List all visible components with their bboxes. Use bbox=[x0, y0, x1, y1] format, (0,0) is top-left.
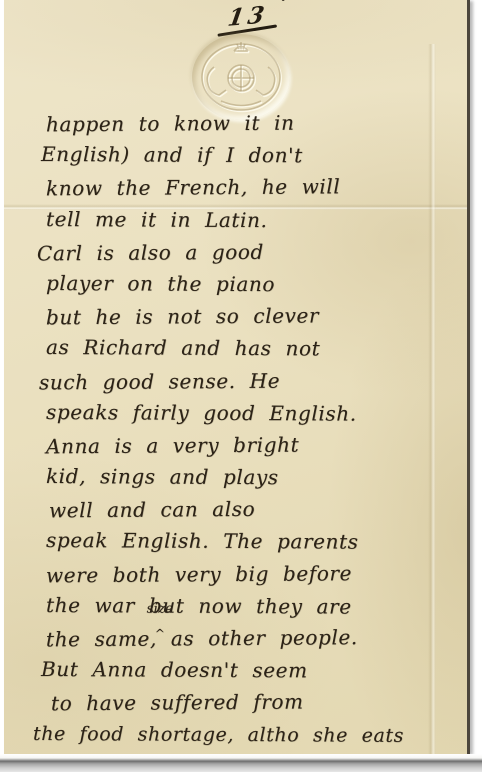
handwritten-line: kid, sings and plays bbox=[8, 460, 470, 495]
handwritten-line: such good sense. He bbox=[8, 363, 470, 398]
handwritten-line: Carl is also a good bbox=[8, 234, 470, 269]
page-number: 13 bbox=[215, 0, 281, 32]
handwritten-line: were both very big before bbox=[8, 556, 470, 591]
scan-bottom-edge-shadow bbox=[0, 754, 482, 772]
handwritten-line: But Anna doesn't seem bbox=[8, 653, 470, 688]
letter-page: 13 happe bbox=[4, 0, 470, 754]
letter-body: happen to know it in English) and if I d… bbox=[8, 107, 470, 751]
handwritten-line: but he is not so clever bbox=[8, 299, 470, 334]
line-pre-text: the same, bbox=[46, 627, 157, 652]
handwritten-line: as Richard and has not bbox=[8, 331, 470, 366]
handwritten-line: to have suffered from bbox=[8, 685, 470, 720]
insertion-caret: ^ bbox=[155, 628, 166, 640]
handwritten-line: the food shortage, altho she eats bbox=[8, 717, 470, 752]
ink-dot bbox=[282, 0, 285, 1]
handwritten-line: the war but now they are bbox=[8, 589, 470, 624]
handwritten-line-with-insertion: the same,size^as other people. bbox=[8, 620, 470, 655]
handwritten-line: Anna is a very bright bbox=[8, 427, 470, 462]
handwritten-line: happen to know it in bbox=[8, 105, 470, 140]
handwritten-line: speak English. The parents bbox=[8, 524, 470, 559]
handwritten-line: well and can also bbox=[8, 492, 470, 527]
insertion-anchor: size^ bbox=[157, 625, 171, 645]
handwritten-line: player on the piano bbox=[8, 267, 470, 302]
handwritten-line: English) and if I don't bbox=[8, 138, 470, 173]
handwritten-line: know the French, he will bbox=[8, 170, 470, 205]
handwritten-line: tell me it in Latin. bbox=[8, 202, 470, 237]
inserted-word: size bbox=[147, 602, 174, 615]
handwritten-line: speaks fairly good English. bbox=[8, 395, 470, 430]
line-post-text: as other people. bbox=[171, 625, 358, 650]
